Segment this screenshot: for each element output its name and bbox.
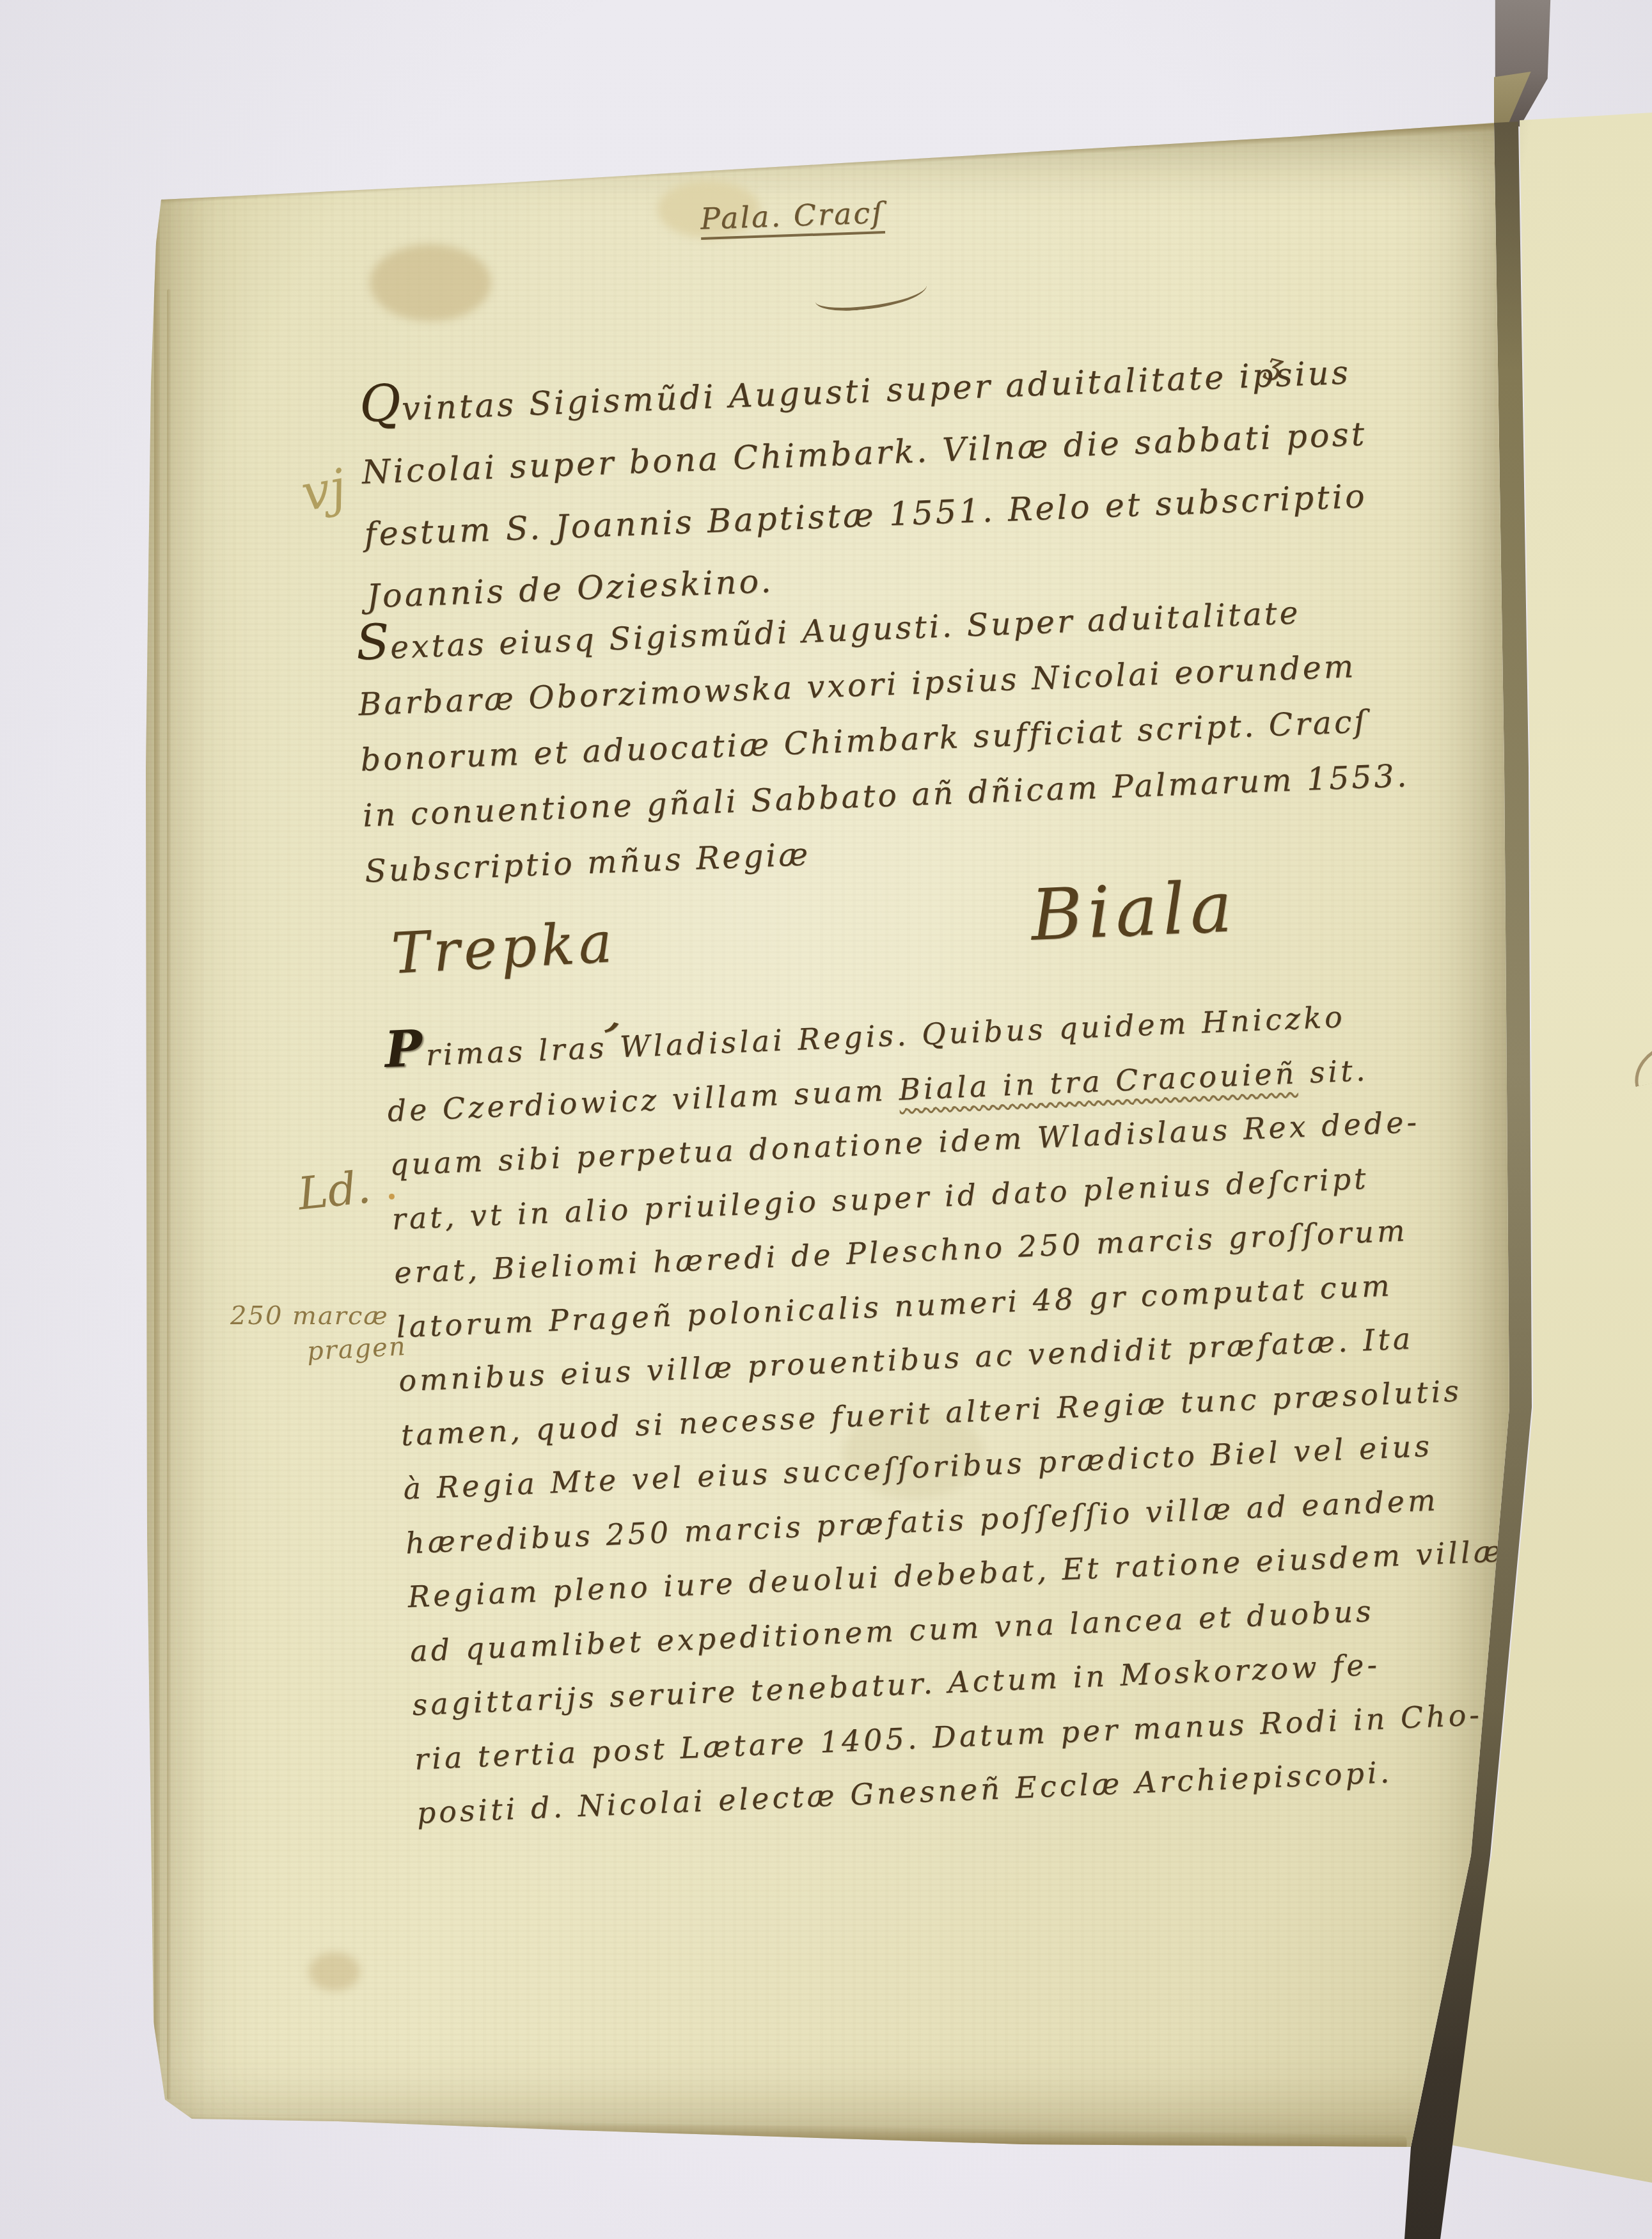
heading-trepka: Trepka [390,909,618,986]
manuscript-photo: { "photo": { "background_color": "#eceaf… [0,0,1652,2239]
entry-sextas: Sextas eiusq Sigismũdi Augusti. Super ad… [355,575,1412,899]
folio-mark: vj [297,459,350,523]
paper-stain [309,1952,360,1991]
entry-primas: Primas lras Wladislai Regis. Quibus quid… [384,977,1514,1840]
margin-price-note: 250 marcæ [230,1301,389,1331]
page-stack-edge [167,289,171,2100]
margin-ld-mark: Ld. [295,1160,373,1220]
manuscript-page: Pala. Cracſ ʒ vj Qvintas Sigismũdi Augus… [146,123,1514,2151]
running-title-text: Pala. Cracſ [700,195,885,240]
ink-stroke-fragment [1628,1044,1652,1087]
heading-biala: Biala [1029,866,1239,956]
page-top-edge [160,123,1497,204]
line-segment: sit. [1296,1052,1369,1090]
underlined-phrase: Biala in tra Cracouieñ [898,1056,1298,1107]
page-bottom-edge [179,2116,1407,2151]
margin-price-note-line2: pragen [306,1332,407,1366]
running-title: Pala. Cracſ [700,195,885,236]
paper-stain [370,244,491,321]
running-title-swash [814,273,929,313]
page-stack-edge [154,219,160,2125]
